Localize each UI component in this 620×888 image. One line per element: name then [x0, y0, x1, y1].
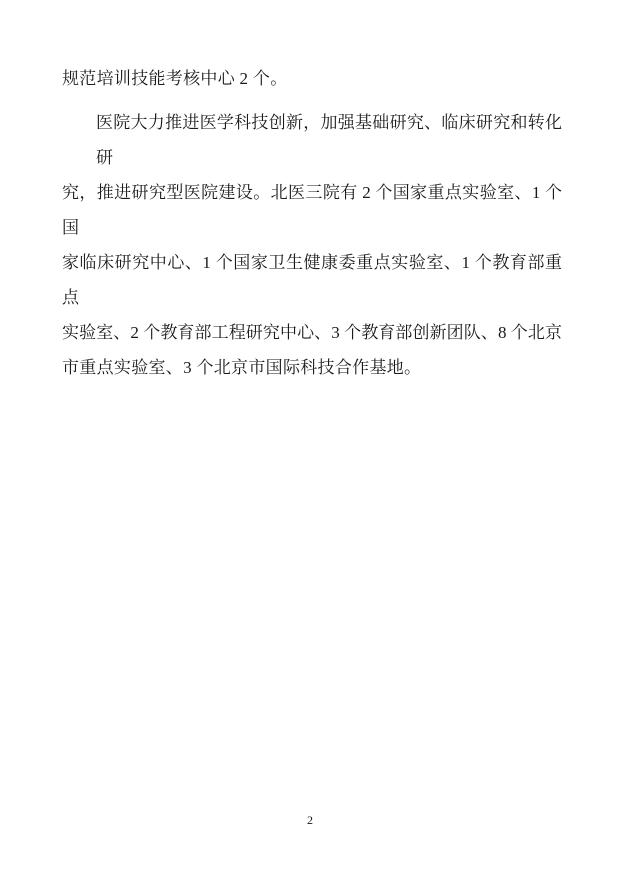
document-page: 规范培训技能考核中心 2 个。 医院大力推进医学科技创新，加强基础研究、临床研究… — [0, 0, 620, 888]
text-line: 究，推进研究型医院建设。北医三院有 2 个国家重点实验室、1 个国 — [62, 175, 562, 245]
text-line: 规范培训技能考核中心 2 个。 — [62, 61, 562, 96]
text-line: 医院大力推进医学科技创新，加强基础研究、临床研究和转化研 — [62, 105, 562, 175]
page-number: 2 — [0, 812, 620, 828]
paragraph-body: 医院大力推进医学科技创新，加强基础研究、临床研究和转化研 究，推进研究型医院建设… — [62, 105, 562, 385]
paragraph-ending: 规范培训技能考核中心 2 个。 — [62, 61, 562, 96]
text-body: 规范培训技能考核中心 2 个。 医院大力推进医学科技创新，加强基础研究、临床研究… — [62, 61, 562, 385]
text-line: 市重点实验室、3 个北京市国际科技合作基地。 — [62, 350, 562, 385]
text-line: 实验室、2 个教育部工程研究中心、3 个教育部创新团队、8 个北京 — [62, 315, 562, 350]
text-line: 家临床研究中心、1 个国家卫生健康委重点实验室、1 个教育部重点 — [62, 245, 562, 315]
